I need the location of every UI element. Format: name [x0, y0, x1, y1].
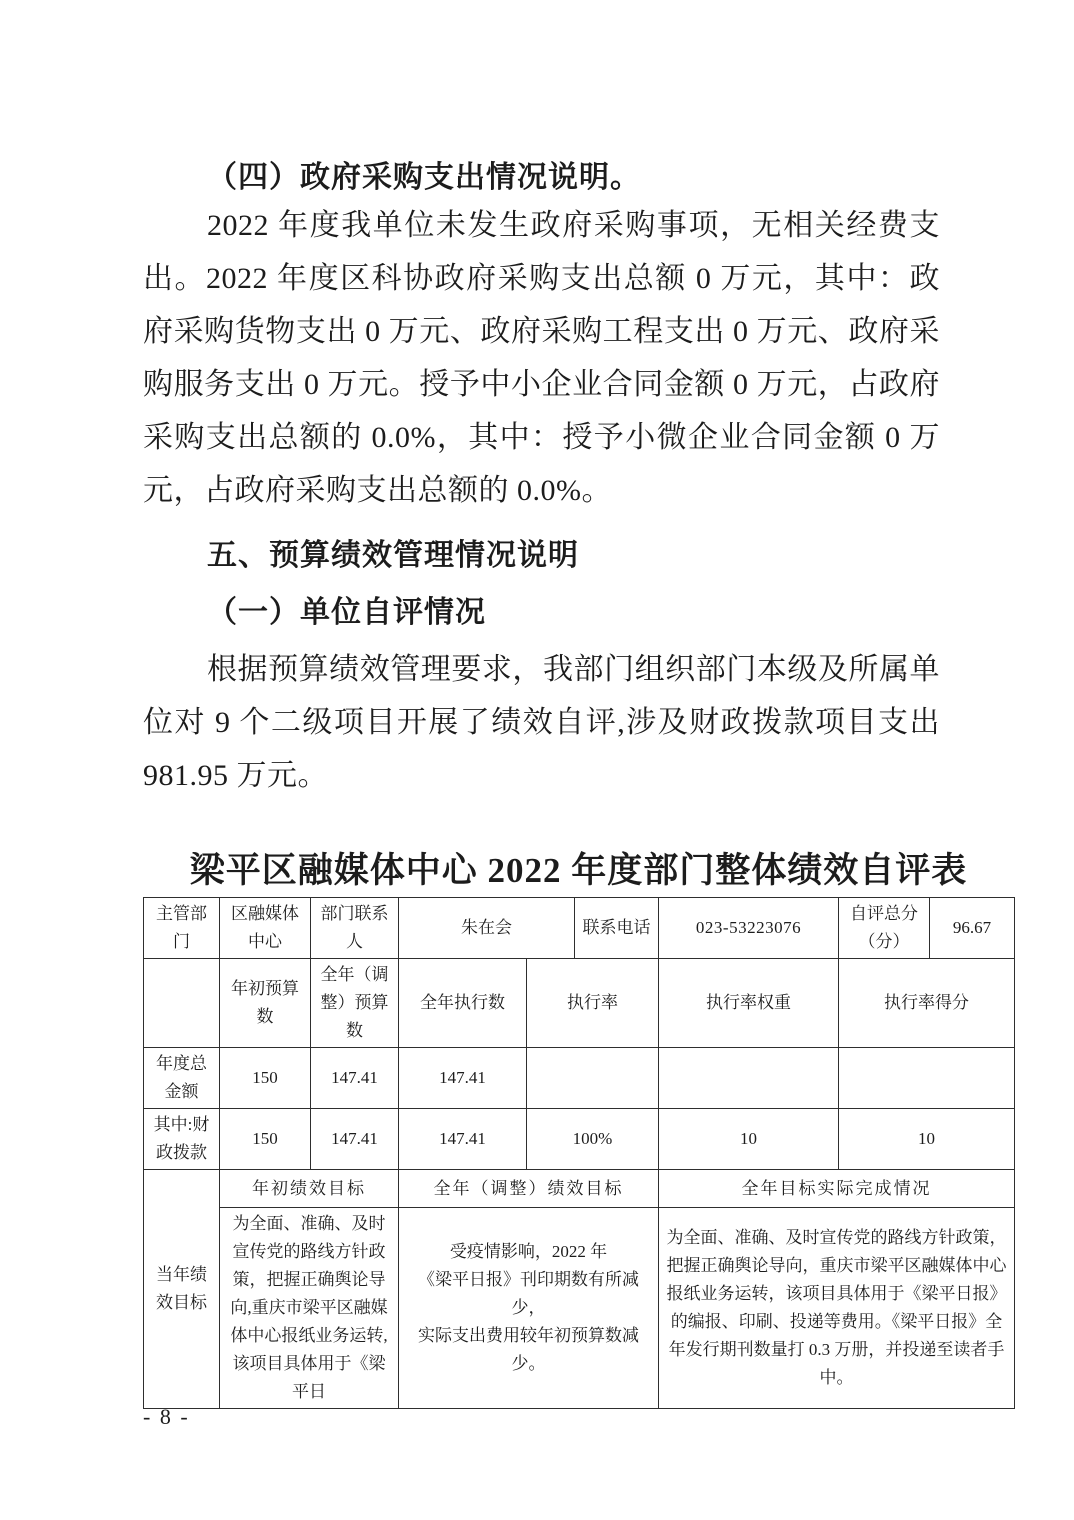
cell-score-label: 自评总分（分）: [839, 898, 930, 959]
cell-col-rate-weight: 执行率权重: [659, 959, 839, 1048]
table-row-header-info: 主管部门 区融媒体中心 部门联系人 朱在会 联系电话 023-53223076 …: [144, 898, 1015, 959]
cell-rate: [527, 1048, 659, 1109]
heading-self-evaluation: （一）单位自评情况: [143, 587, 940, 631]
performance-self-eval-table: 主管部门 区融媒体中心 部门联系人 朱在会 联系电话 023-53223076 …: [143, 897, 1015, 1409]
cell-dept-label: 主管部门: [144, 898, 220, 959]
table-row-goal-headers: 当年绩效目标 年初绩效目标 全年（调整）绩效目标 全年目标实际完成情况: [144, 1170, 1015, 1208]
cell-col-rate: 执行率: [527, 959, 659, 1048]
cell-rate-weight: 10: [659, 1109, 839, 1170]
heading-budget-performance: 五、预算绩效管理情况说明: [143, 530, 940, 574]
cell-initial-budget: 150: [220, 1109, 311, 1170]
cell-goal-col-adjusted: 全年（调整）绩效目标: [399, 1170, 659, 1208]
cell-goal-actual-text: 为全面、准确、及时宣传党的路线方针政策，把握正确舆论导向，重庆市梁平区融媒体中心…: [659, 1208, 1015, 1409]
cell-col-rate-score: 执行率得分: [839, 959, 1015, 1048]
cell-contact-value: 朱在会: [399, 898, 575, 959]
cell-rate: 100%: [527, 1109, 659, 1170]
cell-goal-adjusted-text: 受疫情影响，2022 年 《梁平日报》刊印期数有所减少， 实际支出费用较年初预算…: [399, 1208, 659, 1409]
paragraph-self-evaluation: 根据预算绩效管理要求，我部门组织部门本级及所属单位对 9 个二级项目开展了绩效自…: [143, 643, 940, 802]
cell-executed: 147.41: [399, 1109, 527, 1170]
cell-col-executed: 全年执行数: [399, 959, 527, 1048]
cell-rate-score: [839, 1048, 1015, 1109]
table-row-goal-texts: 为全面、准确、及时宣传党的路线方针政策，把握正确舆论导向,重庆市梁平区融媒体中心…: [144, 1208, 1015, 1409]
cell-executed: 147.41: [399, 1048, 527, 1109]
cell-goal-col-actual: 全年目标实际完成情况: [659, 1170, 1015, 1208]
cell-contact-label: 部门联系人: [311, 898, 399, 959]
cell-goal-col-initial: 年初绩效目标: [220, 1170, 399, 1208]
cell-col-adjusted-budget: 全年（调整）预算数: [311, 959, 399, 1048]
cell-phone-value: 023-53223076: [659, 898, 839, 959]
heading-procurement: （四）政府采购支出情况说明。: [143, 152, 940, 196]
table-row-annual-total: 年度总金额 150 147.41 147.41: [144, 1048, 1015, 1109]
table-title: 梁平区融媒体中心 2022 年度部门整体绩效自评表: [143, 843, 1014, 893]
cell-row-label: 年度总金额: [144, 1048, 220, 1109]
cell-phone-label: 联系电话: [575, 898, 659, 959]
table-row-fiscal-allocation: 其中:财政拨款 150 147.41 147.41 100% 10 10: [144, 1109, 1015, 1170]
cell-rate-score: 10: [839, 1109, 1015, 1170]
cell-col-initial-budget: 年初预算数: [220, 959, 311, 1048]
table-row-budget-columns: 年初预算数 全年（调整）预算数 全年执行数 执行率 执行率权重 执行率得分: [144, 959, 1015, 1048]
page-number: - 8 -: [143, 1404, 190, 1430]
cell-goal-initial-text: 为全面、准确、及时宣传党的路线方针政策，把握正确舆论导向,重庆市梁平区融媒体中心…: [220, 1208, 399, 1409]
cell-score-value: 96.67: [930, 898, 1015, 959]
cell-adjusted-budget: 147.41: [311, 1109, 399, 1170]
cell-empty: [144, 959, 220, 1048]
cell-goals-row-label: 当年绩效目标: [144, 1170, 220, 1409]
cell-row-label: 其中:财政拨款: [144, 1109, 220, 1170]
document-page: （四）政府采购支出情况说明。 2022 年度我单位未发生政府采购事项，无相关经费…: [0, 0, 1074, 1520]
cell-adjusted-budget: 147.41: [311, 1048, 399, 1109]
cell-rate-weight: [659, 1048, 839, 1109]
cell-initial-budget: 150: [220, 1048, 311, 1109]
cell-dept-value: 区融媒体中心: [220, 898, 311, 959]
paragraph-procurement: 2022 年度我单位未发生政府采购事项，无相关经费支出。2022 年度区科协政府…: [143, 199, 940, 517]
